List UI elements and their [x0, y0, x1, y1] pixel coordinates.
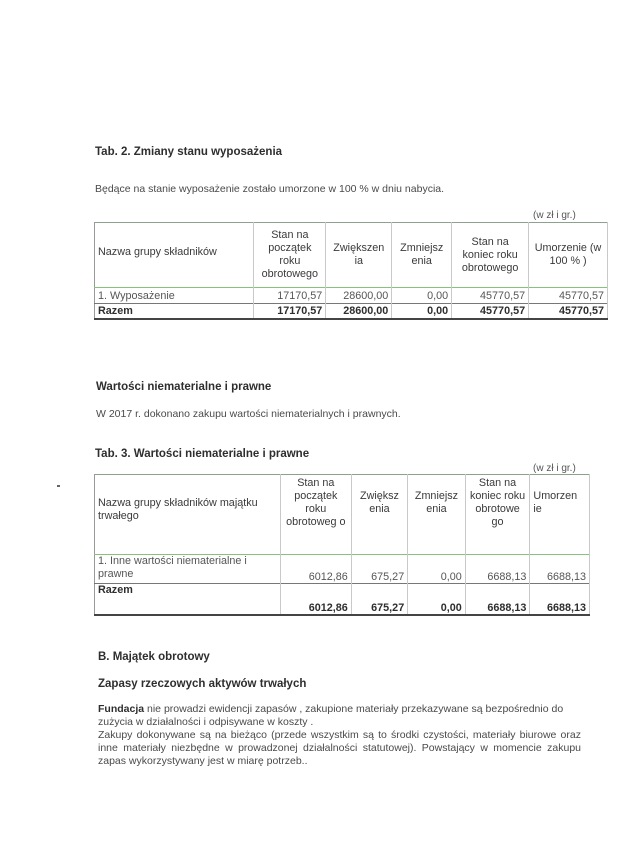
table-header-row: Nazwa grupy składników majątku trwałego …: [95, 475, 590, 555]
foundation-label: Fundacja: [98, 703, 144, 715]
inventory-paragraph-2: Zakupy dokonywane są na bieżąco (przede …: [98, 729, 581, 768]
total-end: 45770,57: [452, 304, 529, 320]
header-decrease: Zmniejsz enia: [408, 475, 466, 555]
total-increase: 28600,00: [326, 304, 392, 320]
table-header-row: Nazwa grupy składników Stan na początek …: [95, 223, 608, 288]
table-total-row: Razem 17170,57 28600,00 0,00 45770,57 45…: [95, 304, 608, 320]
header-end: Stan na koniec roku obrotowe go: [465, 475, 530, 555]
intangible-description: W 2017 r. dokonano zakupu wartości niema…: [96, 408, 401, 420]
cell-start: 6012,86: [280, 555, 351, 584]
scan-speck: [57, 485, 60, 487]
total-increase: 675,27: [351, 584, 407, 616]
table-row: 1. Inne wartości niematerialne i prawne …: [95, 555, 590, 584]
cell-end: 6688,13: [465, 555, 530, 584]
intangible-heading: Wartości niematerialne i prawne: [96, 381, 271, 393]
cell-depreciation: 45770,57: [529, 288, 608, 304]
header-start: Stan na początek roku obrotoweg o: [280, 475, 351, 555]
header-end: Stan na koniec roku obrotowego: [452, 223, 529, 288]
total-depreciation: 6688,13: [530, 584, 590, 616]
header-increase: Zwiększ enia: [351, 475, 407, 555]
total-decrease: 0,00: [392, 304, 452, 320]
cell-decrease: 0,00: [392, 288, 452, 304]
table-row: 1. Wyposażenie 17170,57 28600,00 0,00 45…: [95, 288, 608, 304]
tab2-title: Tab. 2. Zmiany stanu wyposażenia: [95, 146, 282, 158]
header-increase: Zwiększen ia: [326, 223, 392, 288]
header-start: Stan na początek roku obrotowego: [254, 223, 326, 288]
cell-decrease: 0,00: [408, 555, 466, 584]
header-name: Nazwa grupy składników majątku trwałego: [95, 475, 281, 555]
current-assets-heading: B. Majątek obrotowy: [98, 651, 210, 663]
tab2-description: Będące na stanie wyposażenie zostało umo…: [95, 183, 444, 195]
inventory-paragraph-1: Fundacja nie prowadzi ewidencji zapasów …: [98, 703, 582, 729]
tab2-table: Nazwa grupy składników Stan na początek …: [94, 222, 608, 320]
header-decrease: Zmniejsz enia: [392, 223, 452, 288]
tab2-unit-note: (w zł i gr.): [533, 210, 576, 221]
inventory-paragraph-1-text: nie prowadzi ewidencji zapasów , zakupio…: [98, 703, 563, 728]
tab3-title: Tab. 3. Wartości niematerialne i prawne: [95, 448, 309, 460]
header-depreciation: Umorzenie (w 100 % ): [529, 223, 608, 288]
total-name: Razem: [95, 584, 281, 616]
total-start: 6012,86: [280, 584, 351, 616]
cell-end: 45770,57: [452, 288, 529, 304]
cell-depreciation: 6688,13: [530, 555, 590, 584]
total-depreciation: 45770,57: [529, 304, 608, 320]
cell-start: 17170,57: [254, 288, 326, 304]
header-name: Nazwa grupy składników: [95, 223, 254, 288]
table-total-row: Razem 6012,86 675,27 0,00 6688,13 6688,1…: [95, 584, 590, 616]
total-name: Razem: [95, 304, 254, 320]
tab3-table: Nazwa grupy składników majątku trwałego …: [94, 474, 590, 616]
cell-increase: 28600,00: [326, 288, 392, 304]
cell-increase: 675,27: [351, 555, 407, 584]
inventory-subheading: Zapasy rzeczowych aktywów trwałych: [98, 678, 306, 690]
total-start: 17170,57: [254, 304, 326, 320]
cell-name: 1. Inne wartości niematerialne i prawne: [95, 555, 281, 584]
total-decrease: 0,00: [408, 584, 466, 616]
header-depreciation: Umorzen ie: [530, 475, 590, 555]
tab3-unit-note: (w zł i gr.): [533, 463, 576, 474]
cell-name: 1. Wyposażenie: [95, 288, 254, 304]
total-end: 6688,13: [465, 584, 530, 616]
